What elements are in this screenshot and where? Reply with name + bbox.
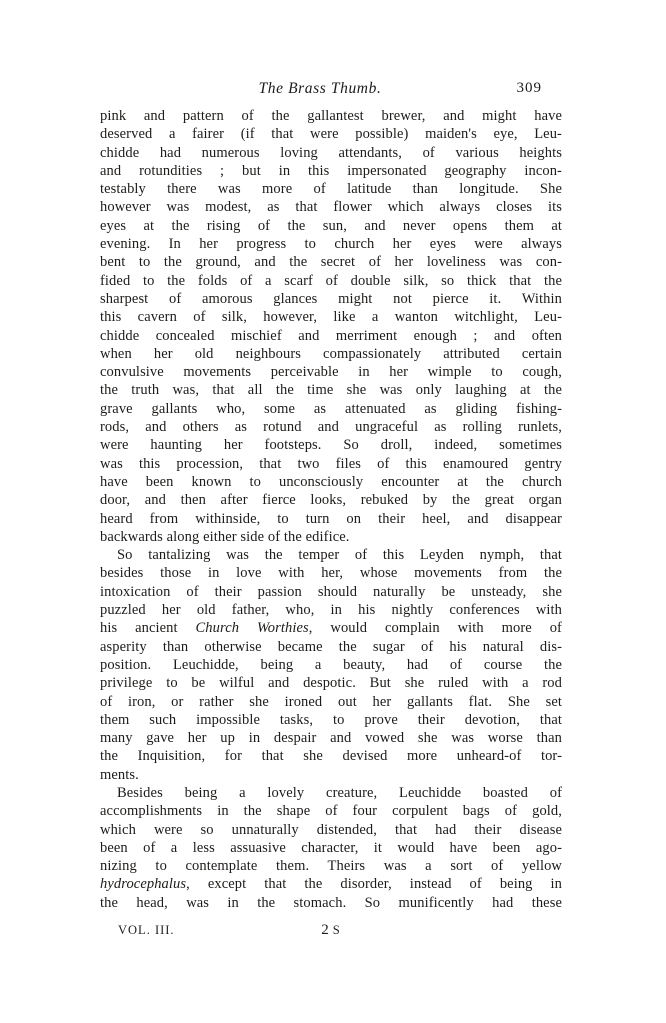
text-line: and rotundities ; but in this impersonat… [100,162,562,180]
text-line: bent to the ground, and the secret of he… [100,253,562,271]
signature-letter: S [333,923,341,937]
text-line: been of a less assuasive character, it w… [100,839,562,857]
page-header: The Brass Thumb. [90,80,550,98]
text-line: sharpest of amorous glances might not pi… [100,290,562,308]
page-footer: VOL. III. 2 S [100,921,562,941]
text-line: Besides being a lovely creature, Leuchid… [100,784,562,802]
text-line: the Inquisition, for that she devised mo… [100,747,562,765]
text-line: pink and pattern of the gallantest brewe… [100,107,562,125]
text-line: position. Leuchidde, being a beauty, had… [100,656,562,674]
text-line: convulsive movements perceivable in her … [100,363,562,381]
text-line: hydrocephalus, except that the disorder,… [100,875,562,893]
text-line: chidde concealed mischief and merriment … [100,327,562,345]
text-line: evening. In her progress to church her e… [100,235,562,253]
text-line: have been known to unconsciously encount… [100,473,562,491]
text-line: fided to the folds of a scarf of double … [100,272,562,290]
text-line: heard from withinside, to turn on their … [100,510,562,528]
text-line: rods, and others as rotund and ungracefu… [100,418,562,436]
text-line: privilege to be wilful and despotic. But… [100,674,562,692]
running-title: The Brass Thumb. [259,80,382,97]
text-line: accomplishments in the shape of four cor… [100,802,562,820]
text-line: backwards along either side of the edifi… [100,528,562,546]
text-line: asperity than otherwise became the sugar… [100,638,562,656]
text-line: the head, was in the stomach. So munific… [100,894,562,912]
text-line: many gave her up in despair and vowed sh… [100,729,562,747]
text-line: this cavern of silk, however, like a wan… [100,308,562,326]
text-line: ments. [100,766,562,784]
text-line: of iron, or rather she ironed out her ga… [100,693,562,711]
signature-mark: 2 S [100,921,562,939]
text-line: deserved a fairer (if that were possible… [100,125,562,143]
text-line: the truth was, that all the time she was… [100,381,562,399]
text-line: was this procession, that two files of t… [100,455,562,473]
text-line: intoxication of their passion should nat… [100,583,562,601]
text-line: were haunting her footsteps. So droll, i… [100,436,562,454]
text-line: which were so unnaturally distended, tha… [100,821,562,839]
text-line: chidde had numerous loving attendants, o… [100,144,562,162]
text-line: them such impossible tasks, to prove the… [100,711,562,729]
page-number: 309 [517,80,543,97]
text-line: puzzled her old father, who, in his nigh… [100,601,562,619]
text-line: his ancient Church Worthies, would compl… [100,619,562,637]
text-line: eyes at the rising of the sun, and never… [100,217,562,235]
page-body: pink and pattern of the gallantest brewe… [100,107,562,912]
book-page: The Brass Thumb. 309 pink and pattern of… [0,0,666,1023]
signature-number: 2 [321,922,329,938]
text-line: besides those in love with her, whose mo… [100,564,562,582]
text-line: testably there was more of latitude than… [100,180,562,198]
text-line: grave gallants who, some as attenuated a… [100,400,562,418]
text-line: when her old neighbours compassionately … [100,345,562,363]
text-line: So tantalizing was the temper of this Le… [100,546,562,564]
text-line: door, and then after fierce looks, rebuk… [100,491,562,509]
text-line: however was modest, as that flower which… [100,198,562,216]
text-line: nizing to contemplate them. Theirs was a… [100,857,562,875]
